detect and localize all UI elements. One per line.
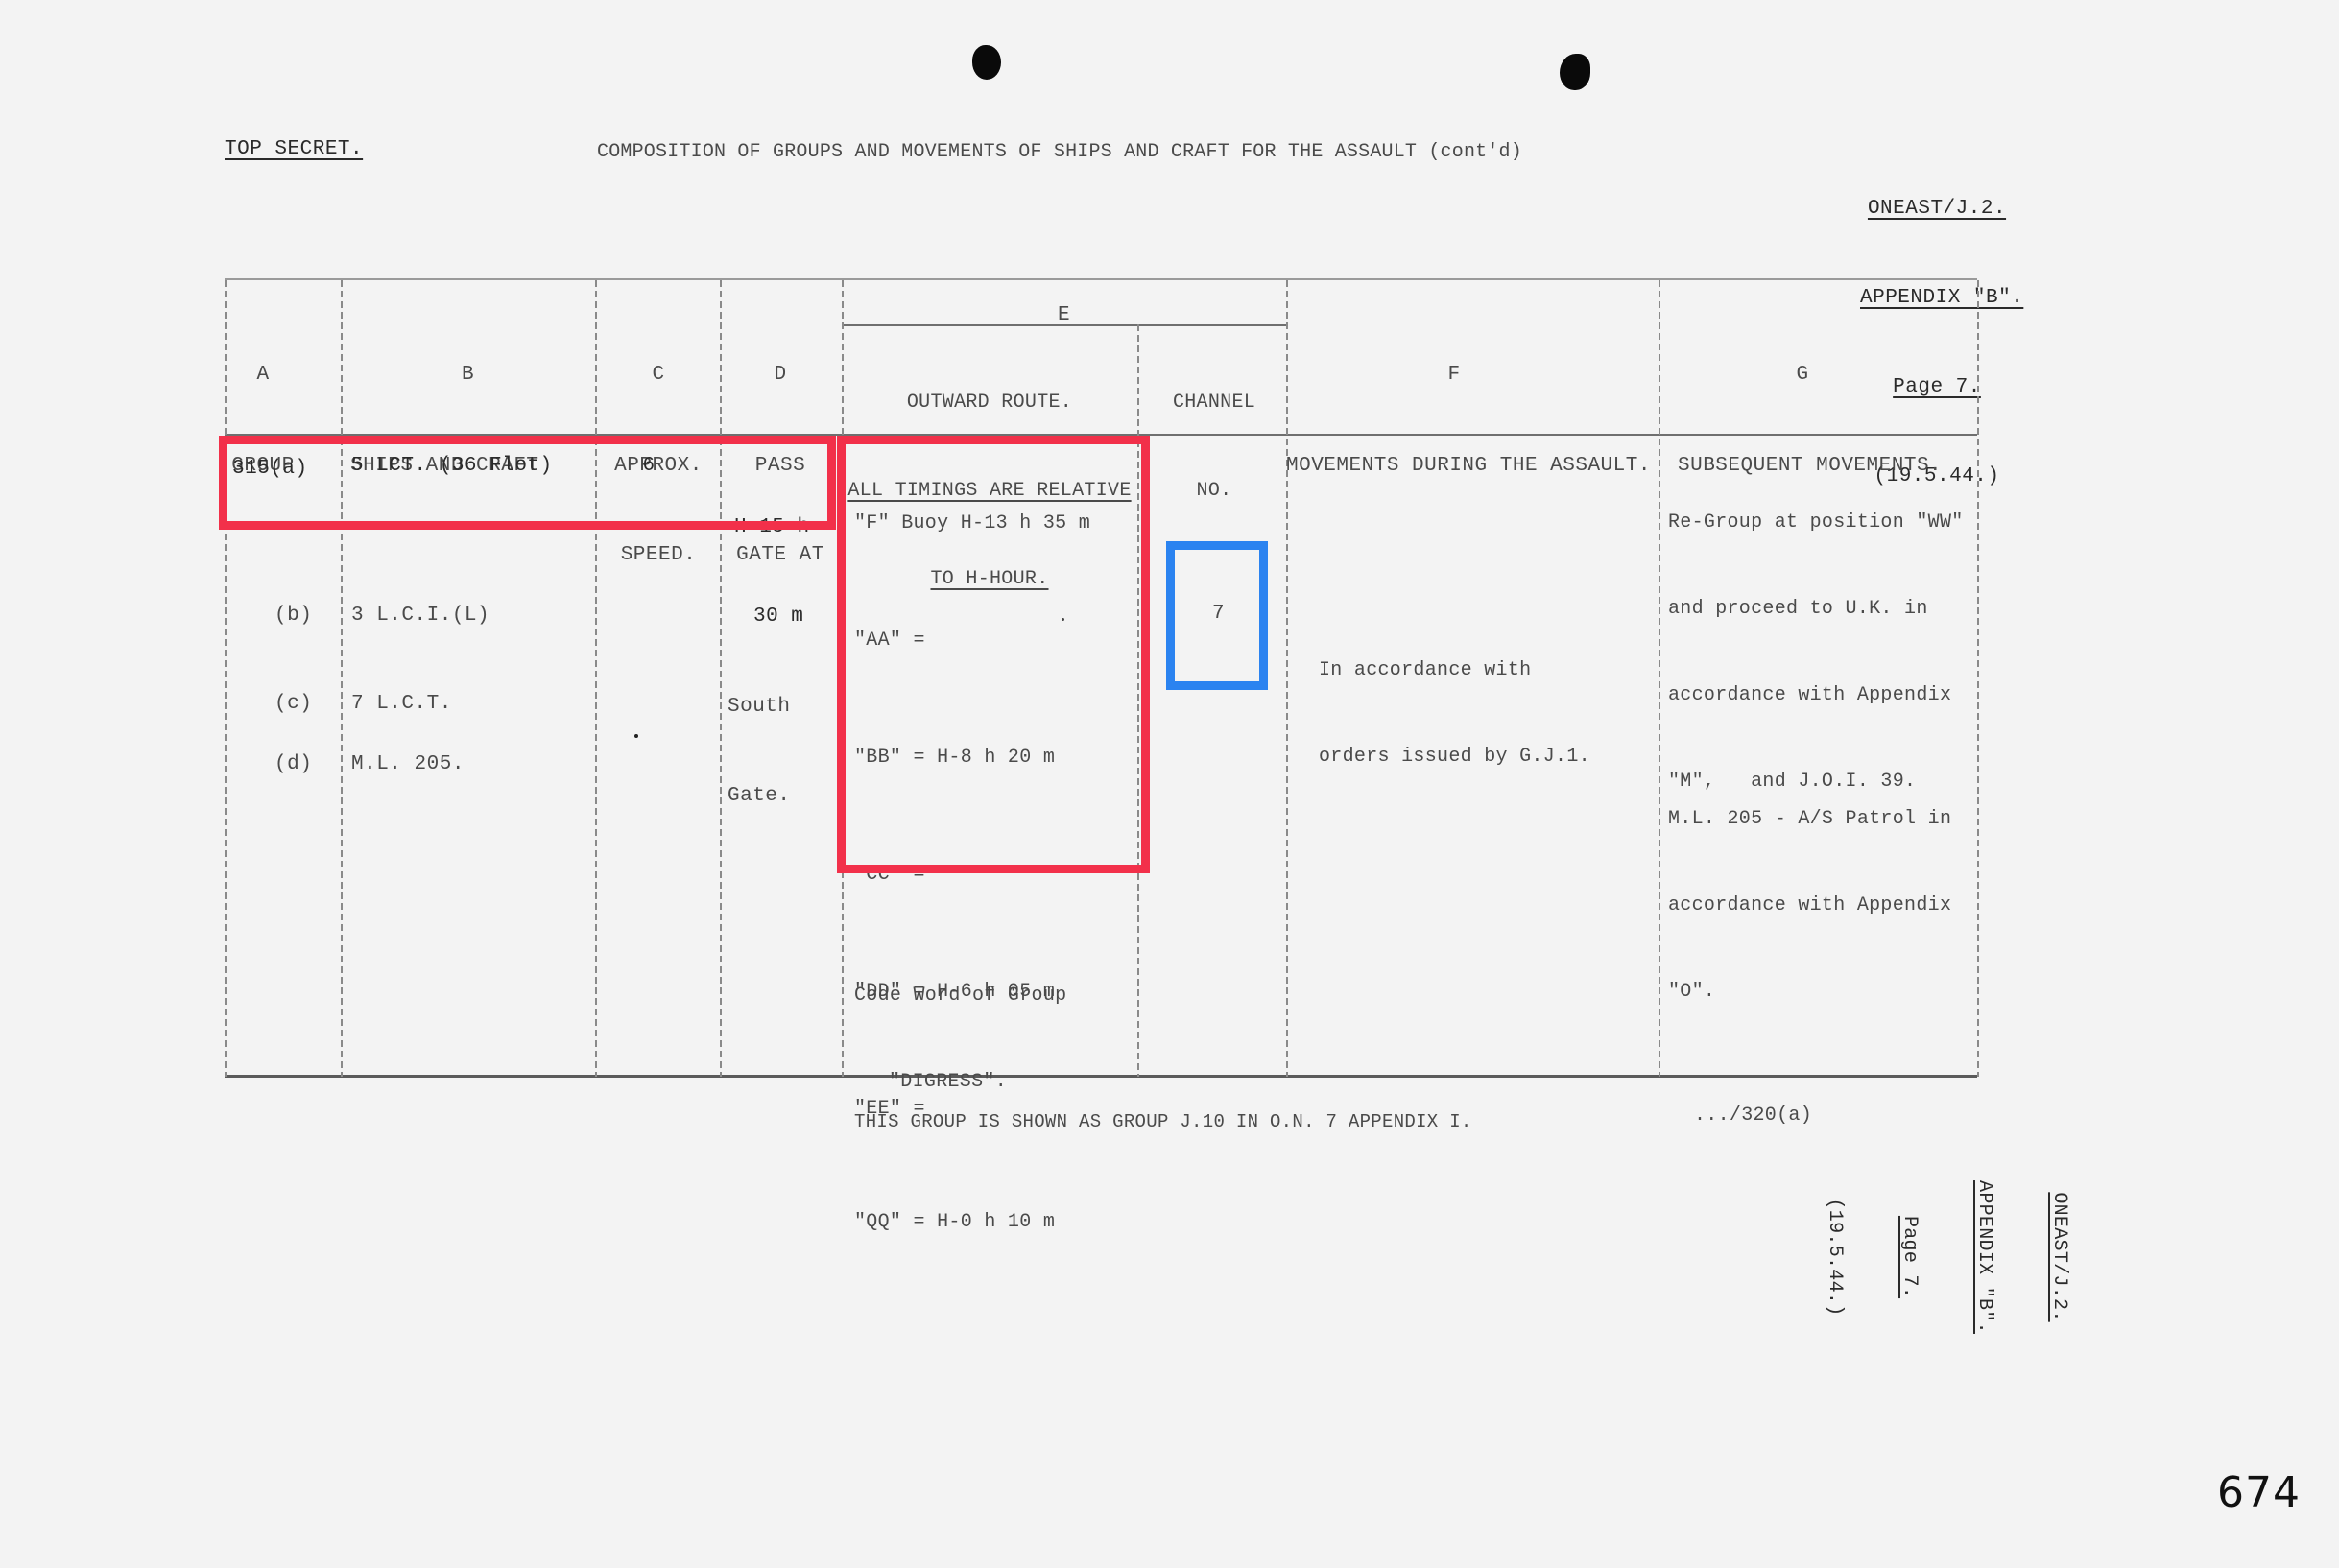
classification-label: TOP SECRET. [225, 134, 363, 164]
subsequent-a-line-2: and proceed to U.K. in [1668, 595, 1964, 624]
col-divider-fg [1659, 280, 1660, 1077]
document-title: COMPOSITION OF GROUPS AND MOVEMENTS OF S… [597, 137, 1522, 167]
row-ships-d: M.L. 205. [351, 749, 465, 779]
row-group-c: (c) [274, 689, 312, 719]
pass-gate-line-2: Gate. [728, 781, 791, 811]
col-e-letter: E [842, 300, 1286, 330]
highlight-row-315a [219, 436, 836, 530]
col-e-channel-label-1: CHANNEL [1142, 389, 1286, 417]
movements-during-line-2: orders issued by G.J.1. [1319, 743, 1590, 772]
route-waypoint-qq: "QQ" = H-0 h 10 m [854, 1208, 1090, 1237]
col-f-header: F MOVEMENTS DURING THE ASSAULT. [1286, 300, 1622, 511]
col-e-outward-label-1: OUTWARD ROUTE. [842, 389, 1137, 417]
page-number: 674 [2217, 1468, 2301, 1517]
rotated-reference-block: ONEAST/J.2. APPENDIX "B". Page 7. (19.5.… [1797, 1180, 2121, 1334]
table-bottom-rule [225, 1075, 1977, 1078]
code-word-line-2: "DIGRESS". [854, 1068, 1066, 1097]
punch-hole-left [972, 45, 1001, 80]
punch-hole-right [1560, 54, 1590, 90]
subsequent-d-line-1: M.L. 205 - A/S Patrol in [1668, 805, 1951, 834]
col-c-letter: C [601, 360, 716, 390]
subsequent-d-line-3: "O". [1668, 978, 1951, 1007]
rotated-ref-page: Page 7. [1897, 1180, 1921, 1334]
code-word-note: Code Word of Group "DIGRESS". [854, 924, 1066, 1126]
movements-during-line-1: In accordance with [1319, 656, 1590, 685]
row-group-b: (b) [274, 601, 312, 630]
col-divider-bc [595, 280, 597, 1077]
subsequent-d-line-2: accordance with Appendix [1668, 891, 1951, 920]
rotated-ref-date: (19.5.44.) [1822, 1180, 1847, 1334]
row-ships-c: 7 L.C.T. [351, 689, 452, 719]
subsequent-a-line-3: accordance with Appendix [1668, 681, 1964, 710]
col-b-letter: B [350, 360, 585, 390]
col-divider-ab [341, 280, 343, 1077]
highlight-outward-route [837, 436, 1150, 873]
pass-gate-shared: South Gate. [728, 632, 791, 841]
col-e-channel-label-2: NO. [1142, 477, 1286, 506]
code-word-line-1: Code Word of Group [854, 982, 1066, 1010]
col-e-channel-header: CHANNEL NO. [1142, 331, 1286, 535]
col-f-letter: F [1286, 360, 1622, 390]
rotated-ref-appendix: APPENDIX "B". [1971, 1180, 1996, 1334]
footer-note: THIS GROUP IS SHOWN AS GROUP J.10 IN O.N… [854, 1107, 1472, 1136]
table-top-rule [225, 278, 1977, 280]
col-g-letter: G [1678, 360, 1927, 390]
continuation-marker: .../320(a) [1694, 1102, 1812, 1130]
col-d-letter: D [722, 360, 839, 390]
col-f-label: MOVEMENTS DURING THE ASSAULT. [1286, 451, 1622, 481]
row-group-d: (d) [274, 749, 312, 779]
ref-doc: ONEAST/J.2. [1860, 194, 2014, 224]
row-ships-b: 3 L.C.I.(L) [351, 601, 489, 630]
stray-dot [634, 734, 638, 738]
highlight-channel-number [1166, 541, 1268, 690]
col-divider-end [1977, 280, 1979, 1077]
pass-gate-line-1: South [728, 692, 791, 722]
row-gate-a-line-2: 30 m [734, 602, 835, 631]
subsequent-a-line-1: Re-Group at position "WW" [1668, 509, 1964, 537]
movements-during-text: In accordance with orders issued by G.J.… [1319, 599, 1590, 800]
rotated-ref-doc: ONEAST/J.2. [2046, 1180, 2071, 1334]
col-c-label-2: SPEED. [601, 540, 716, 570]
subsequent-group-d: M.L. 205 - A/S Patrol in accordance with… [1668, 748, 1951, 1035]
col-a-letter: A [225, 360, 301, 390]
